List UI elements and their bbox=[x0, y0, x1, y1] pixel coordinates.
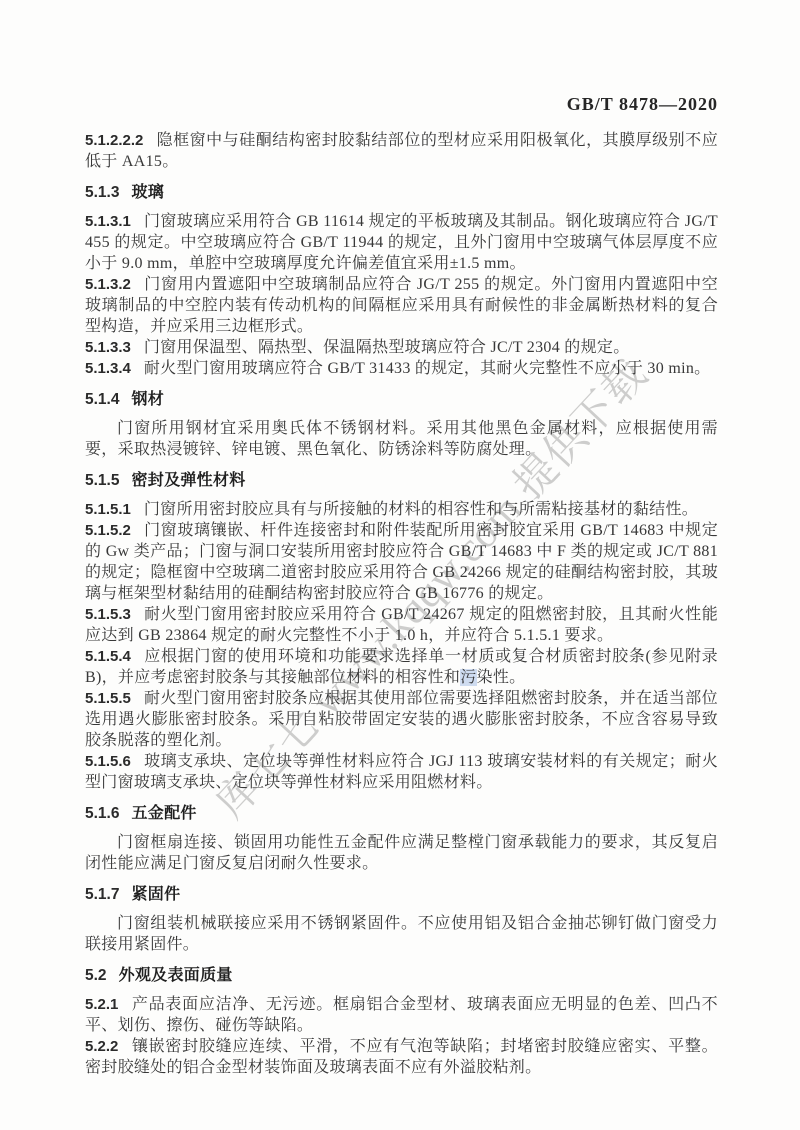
clause-number: 5.1.5.5 bbox=[85, 690, 131, 707]
clause-number: 5.1.3.3 bbox=[85, 339, 131, 356]
clause-5.1.5.5: 5.1.5.5耐火型门窗用密封胶条应根据其使用部位需要选择阻燃密封胶条，并在适当… bbox=[85, 688, 718, 751]
clause-text: 门窗用保温型、隔热型、保温隔热型玻璃应符合 JC/T 2304 的规定。 bbox=[144, 339, 630, 356]
clause-text: 应根据门窗的使用环境和功能要求选择单一材质或复合材质密封胶条(参见附录 B)，并… bbox=[85, 648, 718, 686]
clause-5.1.5.6: 5.1.5.6玻璃支承块、定位块等弹性材料应符合 JGJ 113 玻璃安装材料的… bbox=[85, 751, 718, 793]
section-heading-5.1.6: 5.1.6五金配件 bbox=[85, 803, 718, 824]
clause-5.1.5.2: 5.1.5.2门窗玻璃镶嵌、杆件连接密封和附件装配所用密封胶宜采用 GB/T 1… bbox=[85, 520, 718, 604]
clause-5.1.3.4: 5.1.3.4耐火型门窗用玻璃应符合 GB/T 31433 的规定，其耐火完整性… bbox=[85, 358, 718, 379]
page-footer: 7 bbox=[0, 1037, 700, 1054]
page-header: GB/T 8478—2020 bbox=[567, 94, 718, 115]
clause-5.1.3.3: 5.1.3.3门窗用保温型、隔热型、保温隔热型玻璃应符合 JC/T 2304 的… bbox=[85, 337, 718, 358]
heading-title: 玻璃 bbox=[131, 184, 164, 201]
clause-number: 5.2.1 bbox=[85, 996, 118, 1013]
clause-5.2.1: 5.2.1产品表面应洁净、无污迹。框扇铝合金型材、玻璃表面应无明显的色差、凹凸不… bbox=[85, 994, 718, 1036]
clause-text: 玻璃支承块、定位块等弹性材料应符合 JGJ 113 玻璃安装材料的有关规定；耐火… bbox=[85, 753, 718, 791]
heading-title: 密封及弹性材料 bbox=[131, 472, 245, 489]
heading-title: 五金配件 bbox=[131, 805, 196, 822]
document-page: 库七七 www.kqqw.com 提供下载 GB/T 8478—2020 5.1… bbox=[0, 0, 800, 1130]
body-paragraph-5.1.7: 门窗组装机械联接应采用不锈钢紧固件。不应使用铝及铝合金抽芯铆钉做门窗受力联接用紧… bbox=[85, 913, 718, 955]
clause-number: 5.1.5.2 bbox=[85, 522, 131, 539]
clause-5.1.3.1: 5.1.3.1门窗玻璃应采用符合 GB 11614 规定的平板玻璃及其制品。钢化… bbox=[85, 211, 718, 274]
clause-5.1.2.2.2: 5.1.2.2.2隐框窗中与硅酮结构密封胶黏结部位的型材应采用阳极氧化，其膜厚级… bbox=[85, 130, 718, 172]
clause-text-after: 染性。 bbox=[477, 669, 526, 686]
heading-number: 5.2 bbox=[85, 967, 107, 984]
section-heading-5.1.5: 5.1.5密封及弹性材料 bbox=[85, 470, 718, 491]
section-heading-5.1.7: 5.1.7紧固件 bbox=[85, 884, 718, 905]
clause-text: 产品表面应洁净、无污迹。框扇铝合金型材、玻璃表面应无明显的色差、凹凸不平、划伤、… bbox=[85, 996, 718, 1034]
clause-text: 耐火型门窗用密封胶应采用符合 GB/T 24267 规定的阻燃密封胶，且其耐火性… bbox=[85, 606, 718, 644]
clause-number: 5.1.5.6 bbox=[85, 753, 131, 770]
heading-number: 5.1.7 bbox=[85, 886, 119, 903]
heading-title: 钢材 bbox=[131, 391, 164, 408]
clause-number: 5.1.3.1 bbox=[85, 213, 131, 230]
standard-number: GB/T 8478—2020 bbox=[567, 94, 718, 114]
highlighted-character: 污 bbox=[460, 669, 476, 686]
document-content: 5.1.2.2.2隐框窗中与硅酮结构密封胶黏结部位的型材应采用阳极氧化，其膜厚级… bbox=[85, 130, 718, 1078]
clause-5.1.5.4: 5.1.5.4应根据门窗的使用环境和功能要求选择单一材质或复合材质密封胶条(参见… bbox=[85, 646, 718, 688]
clause-text: 隐框窗中与硅酮结构密封胶黏结部位的型材应采用阳极氧化，其膜厚级别不应低于 AA1… bbox=[85, 132, 718, 170]
heading-number: 5.1.6 bbox=[85, 805, 119, 822]
clause-number: 5.1.5.1 bbox=[85, 501, 131, 518]
section-heading-5.2: 5.2外观及表面质量 bbox=[85, 965, 718, 986]
clause-text: 门窗用内置遮阳中空玻璃制品应符合 JG/T 255 的规定。外门窗用内置遮阳中空… bbox=[85, 276, 718, 335]
clause-text: 耐火型门窗用密封胶条应根据其使用部位需要选择阻燃密封胶条，并在适当部位选用遇火膨… bbox=[85, 690, 718, 749]
clause-5.1.3.2: 5.1.3.2门窗用内置遮阳中空玻璃制品应符合 JG/T 255 的规定。外门窗… bbox=[85, 274, 718, 337]
clause-5.1.5.3: 5.1.5.3耐火型门窗用密封胶应采用符合 GB/T 24267 规定的阻燃密封… bbox=[85, 604, 718, 646]
clause-text: 门窗所用密封胶应具有与所接触的材料的相容性和与所需粘接基材的黏结性。 bbox=[144, 501, 698, 518]
clause-5.1.5.1: 5.1.5.1门窗所用密封胶应具有与所接触的材料的相容性和与所需粘接基材的黏结性… bbox=[85, 499, 718, 520]
clause-number: 5.1.3.2 bbox=[85, 276, 131, 293]
page-number: 7 bbox=[693, 1037, 701, 1053]
heading-number: 5.1.3 bbox=[85, 184, 119, 201]
body-paragraph-5.1.4: 门窗所用钢材宜采用奥氏体不锈钢材料。采用其他黑色金属材料，应根据使用需要，采取热… bbox=[85, 418, 718, 460]
heading-title: 紧固件 bbox=[131, 886, 180, 903]
clause-text: 门窗玻璃应采用符合 GB 11614 规定的平板玻璃及其制品。钢化玻璃应符合 J… bbox=[85, 213, 718, 272]
clause-text: 门窗玻璃镶嵌、杆件连接密封和附件装配所用密封胶宜采用 GB/T 14683 中规… bbox=[85, 522, 718, 602]
clause-number: 5.1.5.3 bbox=[85, 606, 131, 623]
clause-number: 5.1.3.4 bbox=[85, 360, 131, 377]
clause-number: 5.1.5.4 bbox=[85, 648, 131, 665]
clause-text: 耐火型门窗用玻璃应符合 GB/T 31433 的规定，其耐火完整性不应小于 30… bbox=[144, 360, 711, 377]
section-heading-5.1.4: 5.1.4钢材 bbox=[85, 389, 718, 410]
section-heading-5.1.3: 5.1.3玻璃 bbox=[85, 182, 718, 203]
heading-number: 5.1.4 bbox=[85, 391, 119, 408]
heading-title: 外观及表面质量 bbox=[119, 967, 233, 984]
body-paragraph-5.1.6: 门窗框扇连接、锁固用功能性五金配件应满足整樘门窗承载能力的要求，其反复启闭性能应… bbox=[85, 832, 718, 874]
heading-number: 5.1.5 bbox=[85, 472, 119, 489]
clause-number: 5.1.2.2.2 bbox=[85, 132, 143, 149]
